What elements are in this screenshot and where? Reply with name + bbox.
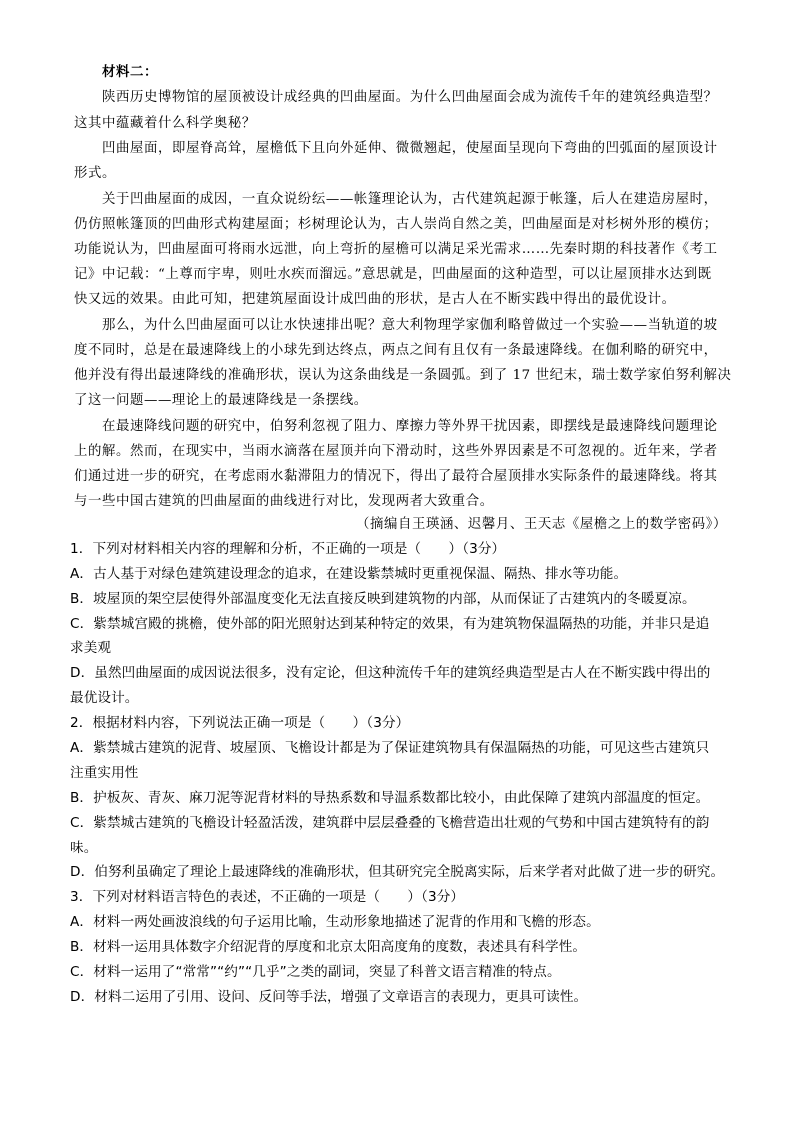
question-3-option-b: B．材料一运用具体数字介绍泥背的厚度和北京太阳高度角的度数，表述具有科学性。 bbox=[70, 937, 586, 957]
question-2-option-a-cont: 注重实用性 bbox=[70, 763, 138, 783]
question-1-option-d-cont: 最优设计。 bbox=[70, 688, 138, 708]
material-paragraph-line: 们通过进一步的研究，在考虑雨水黏滞阻力的情况下，得出了最符合屋顶排水实际条件的最… bbox=[74, 467, 718, 487]
material-paragraph-line: 上的解。然而，在现实中，当雨水滴落在屋顶并向下滑动时，这些外界因素是不可忽视的。… bbox=[74, 442, 718, 462]
question-2-option-c-cont: 味。 bbox=[70, 838, 97, 858]
document-page: 材料二： 陕西历史博物馆的屋顶被设计成经典的凹曲屋面。为什么凹曲屋面会成为流传千… bbox=[0, 0, 794, 1123]
material-paragraph-line: 那么，为什么凹曲屋面可以让水快速排出呢？意大利物理学家伽利略曾做过一个实验——当… bbox=[102, 316, 718, 336]
material-paragraph-line: 快又远的效果。由此可知，把建筑屋面设计成凹曲的形状，是古人在不断实践中得出的最优… bbox=[74, 290, 676, 310]
question-2-option-d: D．伯努利虽确定了理论上最速降线的准确形状，但其研究完全脱离实际，后来学者对此做… bbox=[70, 862, 724, 882]
question-1-option-a: A．古人基于对绿色建筑建设理念的追求，在建设紫禁城时更重视保温、隔热、排水等功能… bbox=[70, 564, 627, 584]
question-1-option-b: B．坡屋顶的架空层使得外部温度变化无法直接反映到建筑物的内部，从而保证了古建筑内… bbox=[70, 589, 696, 609]
material-paragraph-line: 与一些中国古建筑的凹曲屋面的曲线进行对比，发现两者大致重合。 bbox=[74, 492, 494, 512]
material-paragraph-line: 仍仿照帐篷顶的凹曲形式构建屋面；杉树理论认为，古人崇尚自然之美，凹曲屋面是对杉树… bbox=[74, 215, 718, 235]
question-3-option-d: D．材料二运用了引用、设问、反问等手法，增强了文章语言的表现力，更具可读性。 bbox=[70, 987, 587, 1007]
question-1-stem: 1．下列对材料相关内容的理解和分析，不正确的一项是（ ）（3分） bbox=[70, 539, 505, 559]
question-3-option-a: A．材料一两处画波浪线的句子运用比喻，生动形象地描述了泥背的作用和飞檐的形态。 bbox=[70, 912, 600, 932]
material-paragraph-line: 了这一问题——理论上的最速降线是一条摆线。 bbox=[74, 391, 368, 411]
question-1-option-c-cont: 求美观 bbox=[70, 638, 111, 658]
question-2-option-c: C．紫禁城古建筑的飞檐设计轻盈活泼，建筑群中层层叠叠的飞檐营造出壮观的气势和中国… bbox=[70, 813, 710, 833]
question-2-stem: 2．根据材料内容，下列说法正确一项是（ ）（3分） bbox=[70, 713, 409, 733]
question-1-option-d: D．虽然凹曲屋面的成因说法很多，没有定论，但这种流传千年的建筑经典造型是古人在不… bbox=[70, 663, 710, 683]
material-source-citation: （摘编自王瑛涵、迟馨月、王天志《屋檐之上的数学密码》） bbox=[356, 515, 727, 535]
material-paragraph-line: 陕西历史博物馆的屋顶被设计成经典的凹曲屋面。为什么凹曲屋面会成为流传千年的建筑经… bbox=[102, 88, 718, 108]
material-paragraph-line: 这其中蕴藏着什么科学奥秘？ bbox=[74, 114, 256, 134]
question-3-stem: 3．下列对材料语言特色的表述，不正确的一项是（ ）（3分） bbox=[70, 887, 464, 907]
material-paragraph-line: 记》中记载：“上尊而宇卑，则吐水疾而溜远。”意思就是，凹曲屋面的这种造型，可以让… bbox=[74, 265, 712, 285]
question-2-option-a: A．紫禁城古建筑的泥背、坡屋顶、飞檐设计都是为了保证建筑物具有保温隔热的功能，可… bbox=[70, 738, 709, 758]
material-paragraph-line: 关于凹曲屋面的成因，一直众说纷纭——帐篷理论认为，古代建筑起源于帐篷，后人在建造… bbox=[102, 190, 718, 210]
material-paragraph-line: 在最速降线问题的研究中，伯努利忽视了阻力、摩擦力等外界干扰因素，即摆线是最速降线… bbox=[102, 417, 718, 437]
material-heading: 材料二： bbox=[102, 62, 158, 82]
material-paragraph-line: 形式。 bbox=[74, 164, 116, 184]
question-2-option-b: B．护板灰、青灰、麻刀泥等泥背材料的导热系数和导温系数都比较小，由此保障了建筑内… bbox=[70, 788, 709, 808]
material-paragraph-line: 度不同时，总是在最速降线上的小球先到达终点，两点之间有且仅有一条最速降线。在伽利… bbox=[74, 341, 718, 361]
material-paragraph-line: 他并没有得出最速降线的准确形状，误认为这条曲线是一条圆弧。到了 17 世纪末，瑞… bbox=[74, 366, 732, 386]
question-3-option-c: C．材料一运用了“常常”“约”“几乎”之类的副词，突显了科普文语言精准的特点。 bbox=[70, 962, 561, 982]
question-1-option-c: C．紫禁城宫殿的挑檐，使外部的阳光照射达到某种特定的效果，有为建筑物保温隔热的功… bbox=[70, 614, 710, 634]
material-paragraph-line: 凹曲屋面，即屋脊高耸，屋檐低下且向外延伸、微微翘起，使屋面呈现向下弯曲的凹弧面的… bbox=[102, 139, 718, 159]
material-paragraph-line: 功能说认为，凹曲屋面可将雨水远泄，向上弯折的屋檐可以满足采光需求……先秦时期的科… bbox=[74, 240, 718, 260]
